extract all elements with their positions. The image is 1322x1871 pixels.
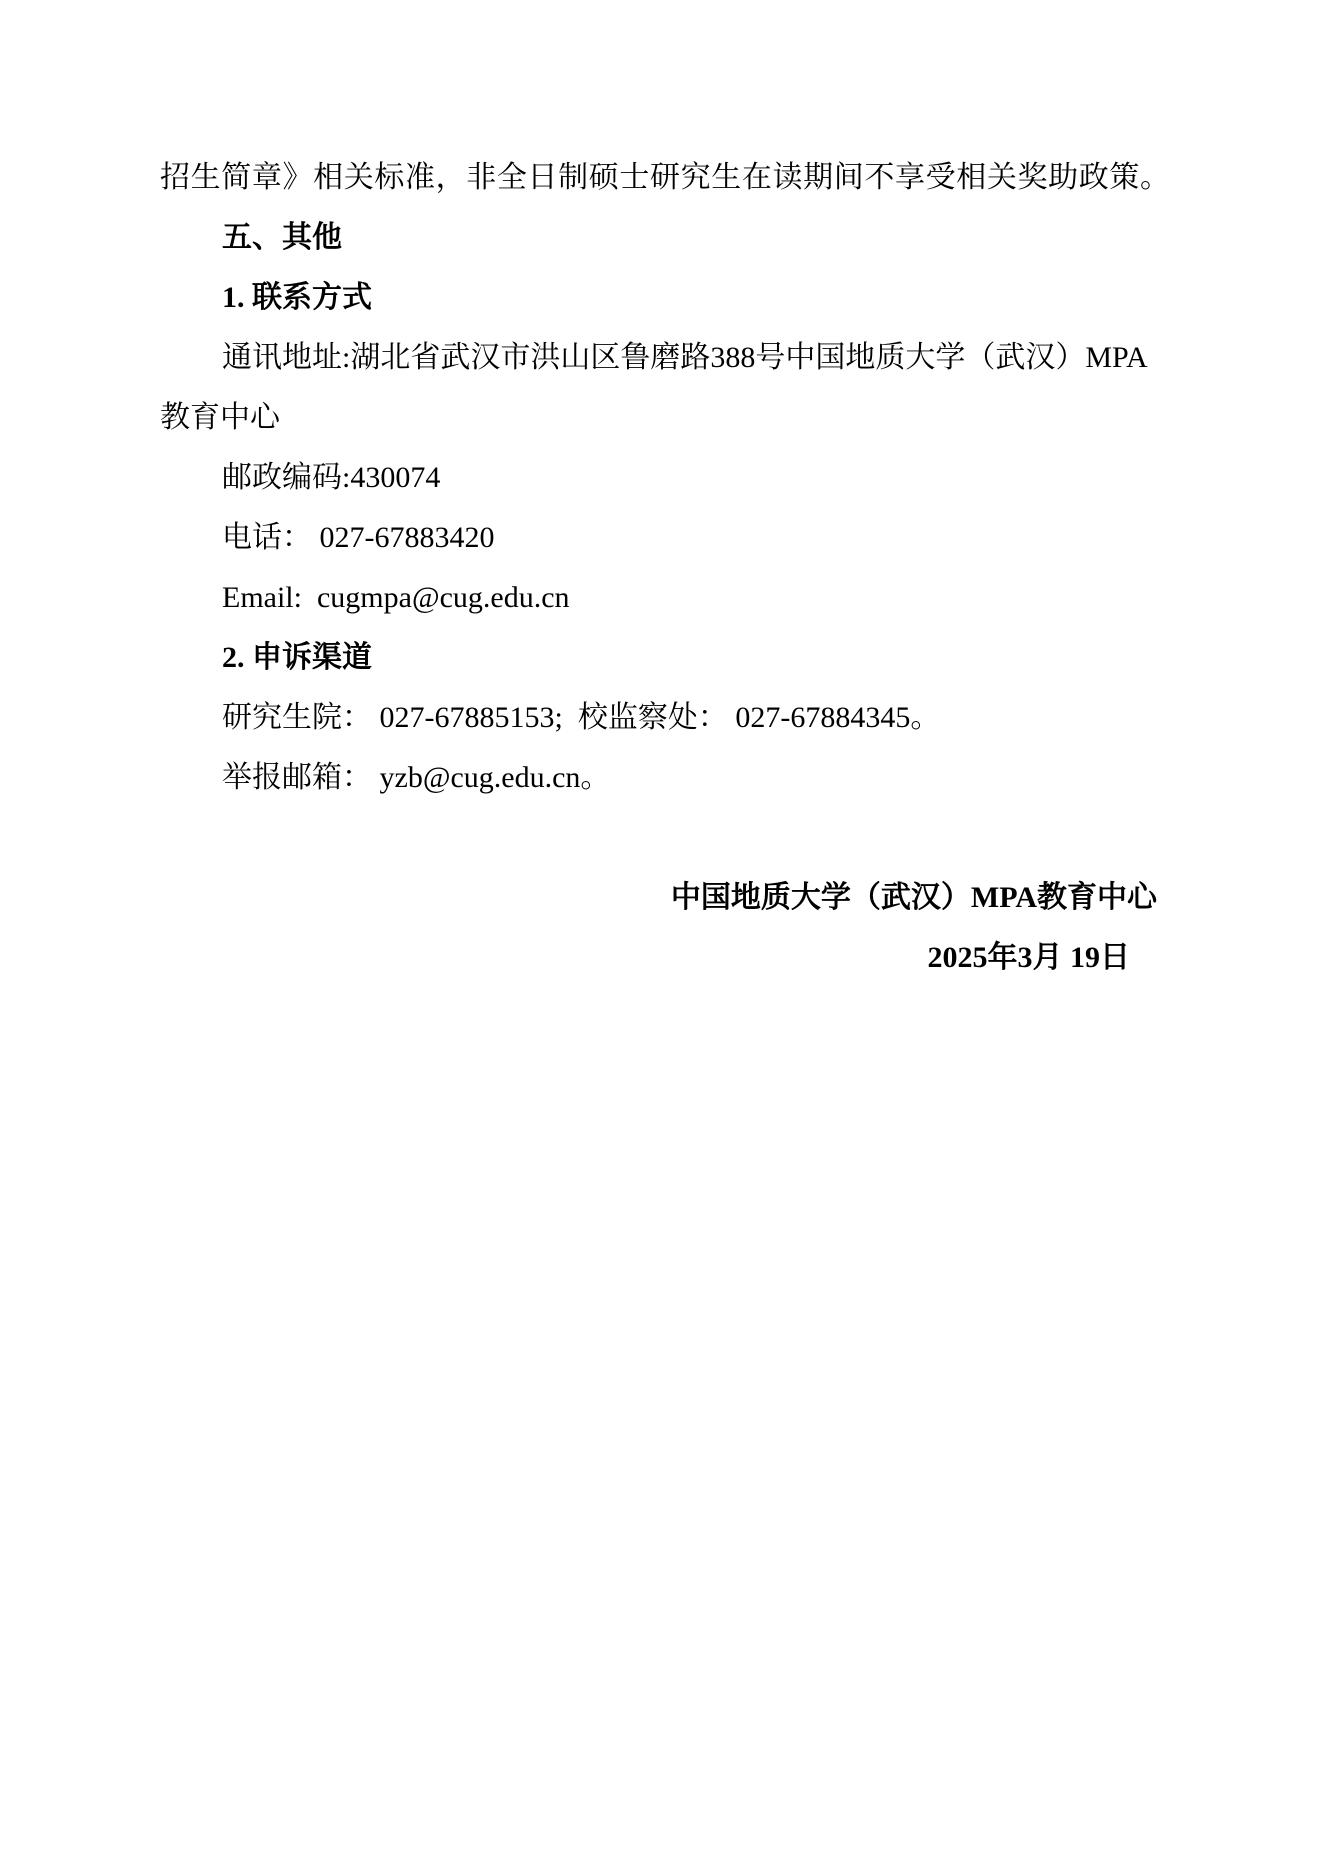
signature-organization: 中国地质大学（武汉）MPA教育中心 xyxy=(160,868,1170,928)
contact-email: Email: cugmpa@cug.edu.cn xyxy=(160,568,1170,628)
document-page: 招生简章》相关标准，非全日制硕士研究生在读期间不享受相关奖助政策。 五、其他 1… xyxy=(0,0,1322,1871)
contact-address-line-1: 通讯地址:湖北省武汉市洪山区鲁磨路388号中国地质大学（武汉）MPA xyxy=(160,328,1170,388)
signature-date: 2025年3月 19日 xyxy=(160,928,1170,988)
contact-postal-code: 邮政编码:430074 xyxy=(160,448,1170,508)
appeal-phones: 研究生院： 027-67885153; 校监察处： 027-67884345。 xyxy=(160,688,1170,748)
section-heading-other: 五、其他 xyxy=(160,208,1170,268)
contact-phone: 电话： 027-67883420 xyxy=(160,508,1170,568)
appeal-report-email: 举报邮箱： yzb@cug.edu.cn。 xyxy=(160,748,1170,808)
subsection-heading-contact: 1. 联系方式 xyxy=(160,268,1170,328)
contact-address-line-2: 教育中心 xyxy=(160,388,1170,448)
subsection-heading-appeal: 2. 申诉渠道 xyxy=(160,628,1170,688)
paragraph-continuation-line: 招生简章》相关标准，非全日制硕士研究生在读期间不享受相关奖助政策。 xyxy=(160,148,1170,208)
